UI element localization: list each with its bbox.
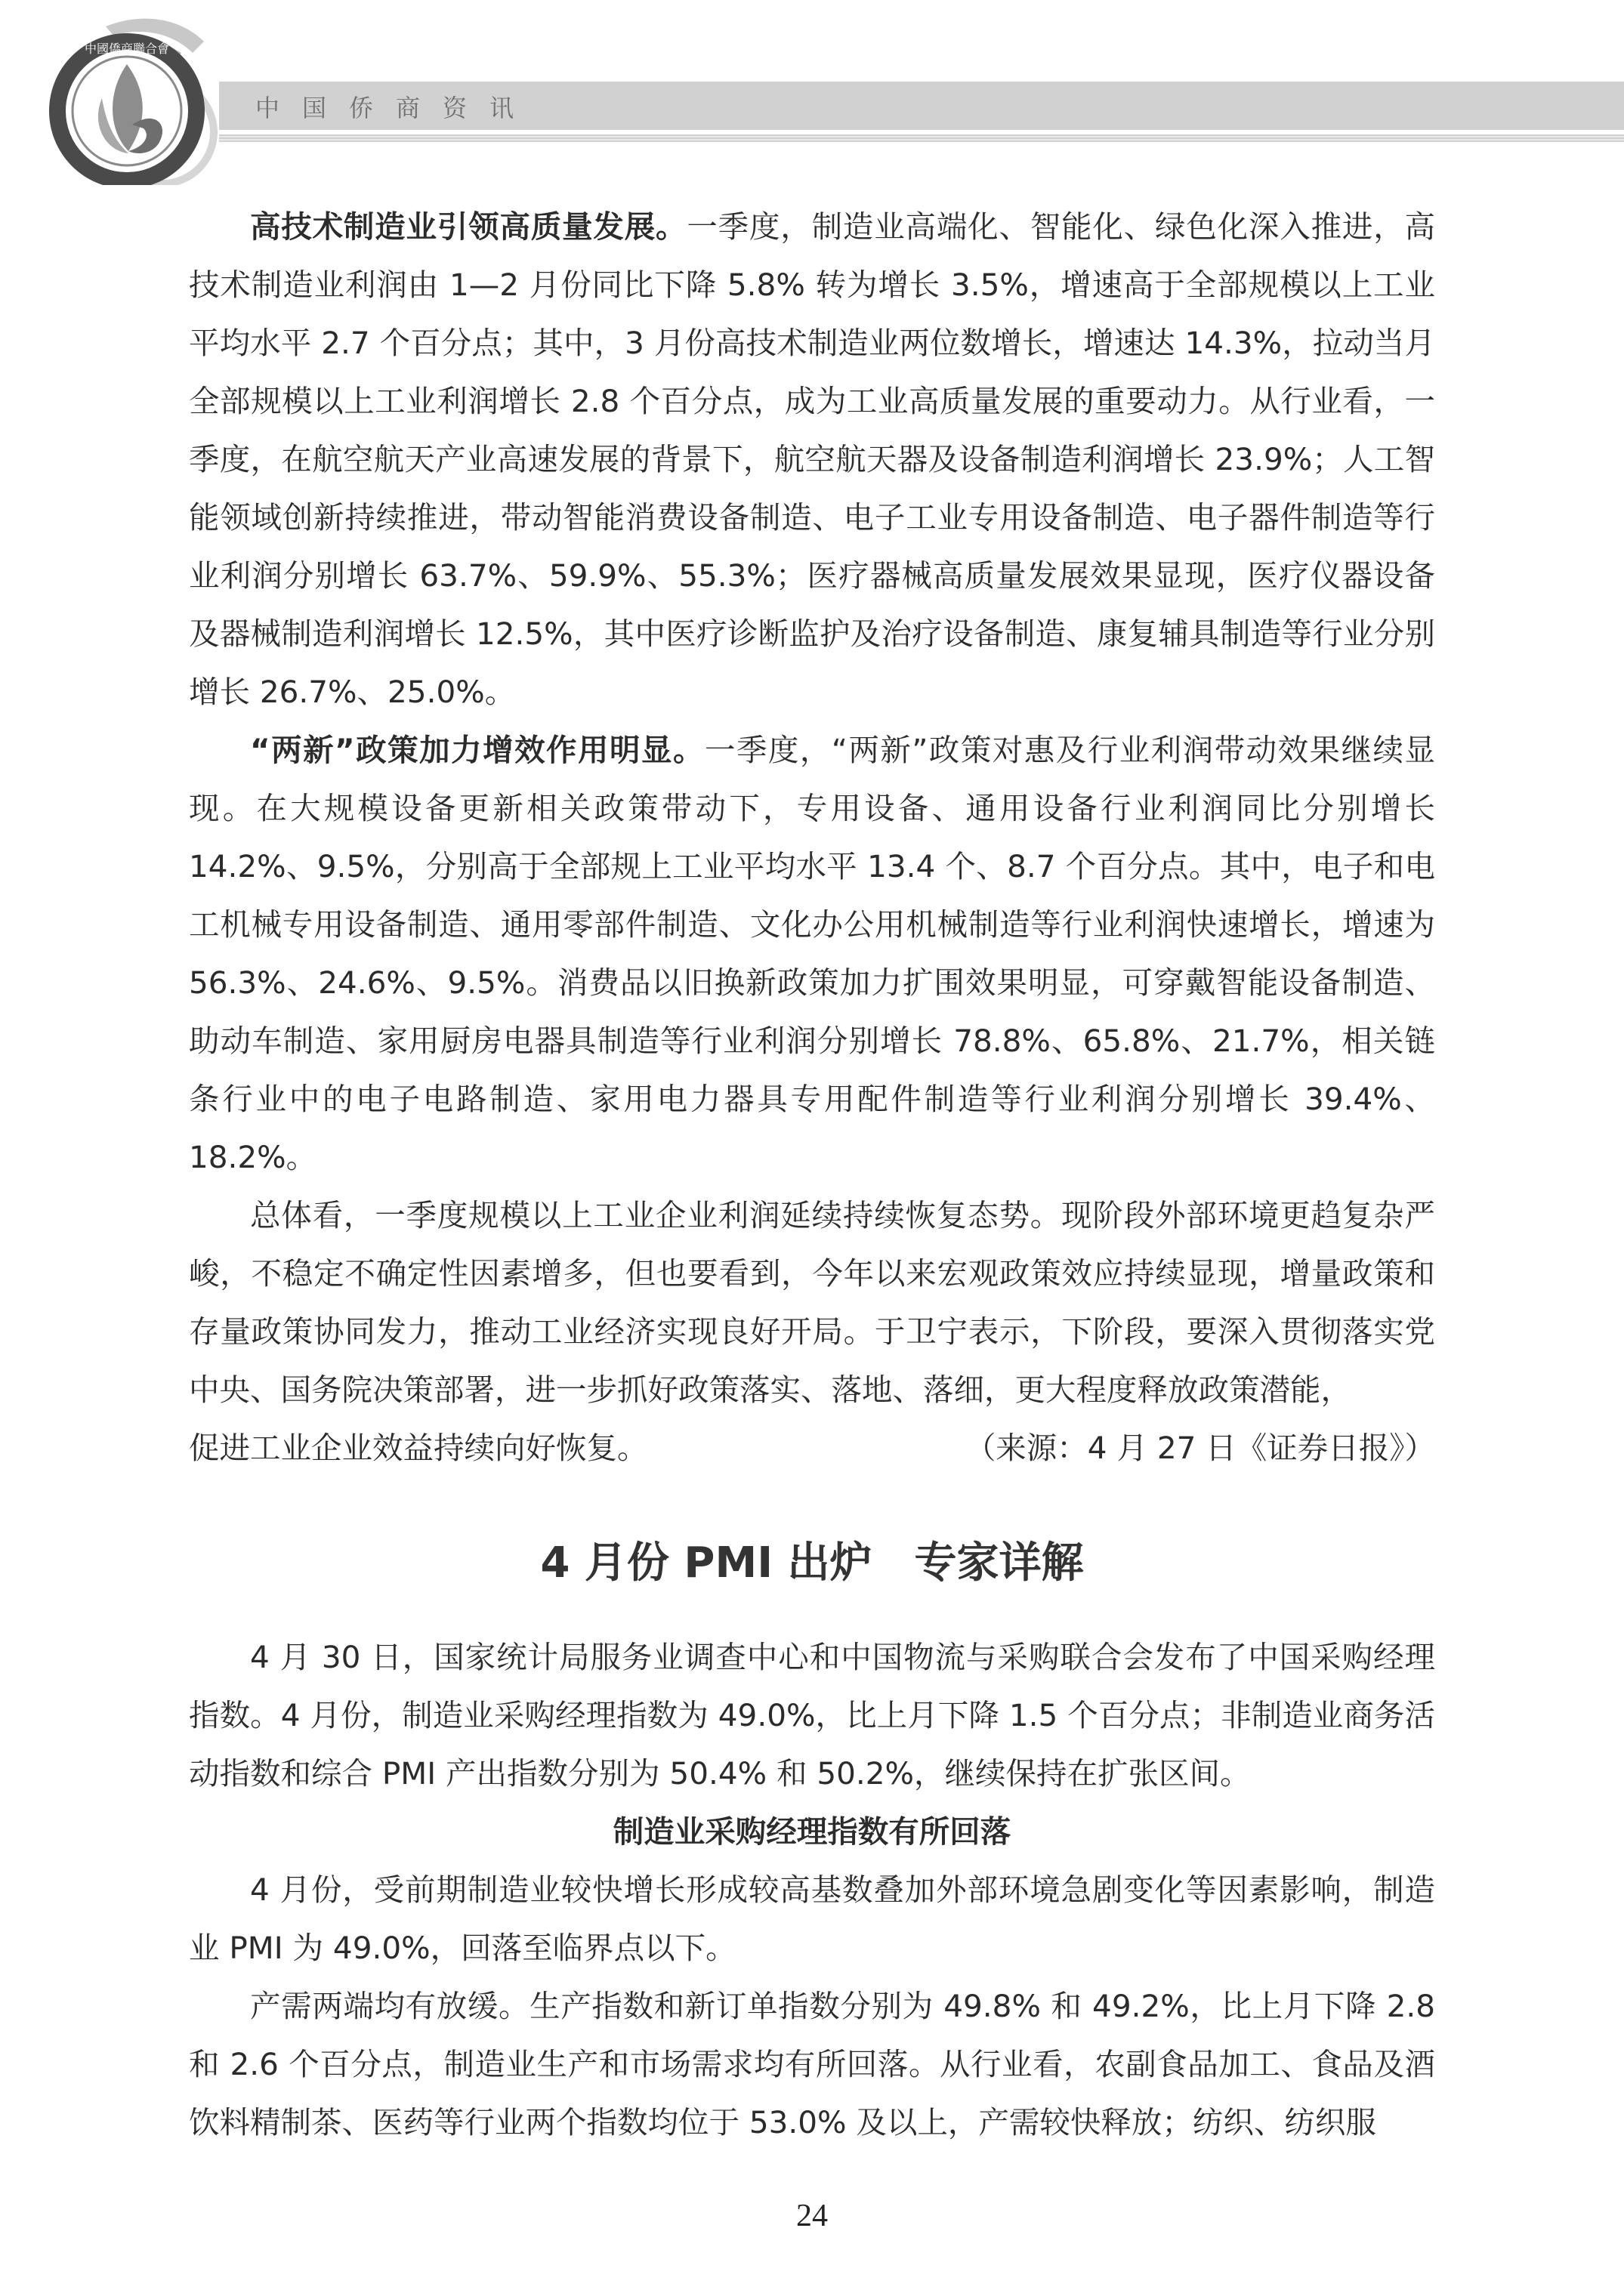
page-content: 高技术制造业引领高质量发展。一季度，制造业高端化、智能化、绿色化深入推进，高技术… [189, 198, 1435, 2152]
paragraph-lead: “两新”政策加力增效作用明显。 [250, 732, 705, 768]
organization-logo-icon: 中國僑商聯合會 [30, 11, 234, 185]
closing-text: 促进工业企业效益持续向好恢复。 [189, 1419, 648, 1477]
header-double-rule [219, 134, 1624, 142]
article2-paragraph: 产需两端均有放缓。生产指数和新订单指数分别为 49.8% 和 49.2%，比上月… [189, 1977, 1435, 2152]
article2-subheading: 制造业采购经理指数有所回落 [189, 1803, 1435, 1861]
article1-paragraph-summary: 总体看，一季度规模以上工业企业利润延续持续恢复态势。现阶段外部环境更趋复杂严峻，… [189, 1187, 1435, 1419]
source-citation: （来源：4 月 27 日《证券日报》） [965, 1419, 1435, 1477]
paragraph-text: 一季度，“两新”政策对惠及行业利润带动效果继续显现。在大规模设备更新相关政策带动… [189, 732, 1435, 1175]
logo-ring-text: 中國僑商聯合會 [85, 42, 169, 56]
article1-closing-line: 促进工业企业效益持续向好恢复。 （来源：4 月 27 日《证券日报》） [189, 1419, 1435, 1477]
paragraph-text: 总体看，一季度规模以上工业企业利润延续持续恢复态势。现阶段外部环境更趋复杂严峻，… [189, 1197, 1435, 1408]
page-number: 24 [0, 2198, 1624, 2234]
article1-paragraph-high-tech: 高技术制造业引领高质量发展。一季度，制造业高端化、智能化、绿色化深入推进，高技术… [189, 198, 1435, 721]
article2-paragraph: 4 月份，受前期制造业较快增长形成较高基数叠加外部环境急剧变化等因素影响，制造业… [189, 1861, 1435, 1977]
article2-intro: 4 月 30 日，国家统计局服务业调查中心和中国物流与采购联合会发布了中国采购经… [189, 1628, 1435, 1803]
publication-title: 中国侨商资讯 [255, 89, 536, 124]
paragraph-lead: 高技术制造业引领高质量发展。 [250, 208, 687, 245]
paragraph-text: 一季度，制造业高端化、智能化、绿色化深入推进，高技术制造业利润由 1—2 月份同… [189, 208, 1435, 710]
article1-paragraph-two-new-policy: “两新”政策加力增效作用明显。一季度，“两新”政策对惠及行业利润带动效果继续显现… [189, 721, 1435, 1187]
article2-title: 4 月份 PMI 出炉 专家详解 [189, 1533, 1435, 1594]
